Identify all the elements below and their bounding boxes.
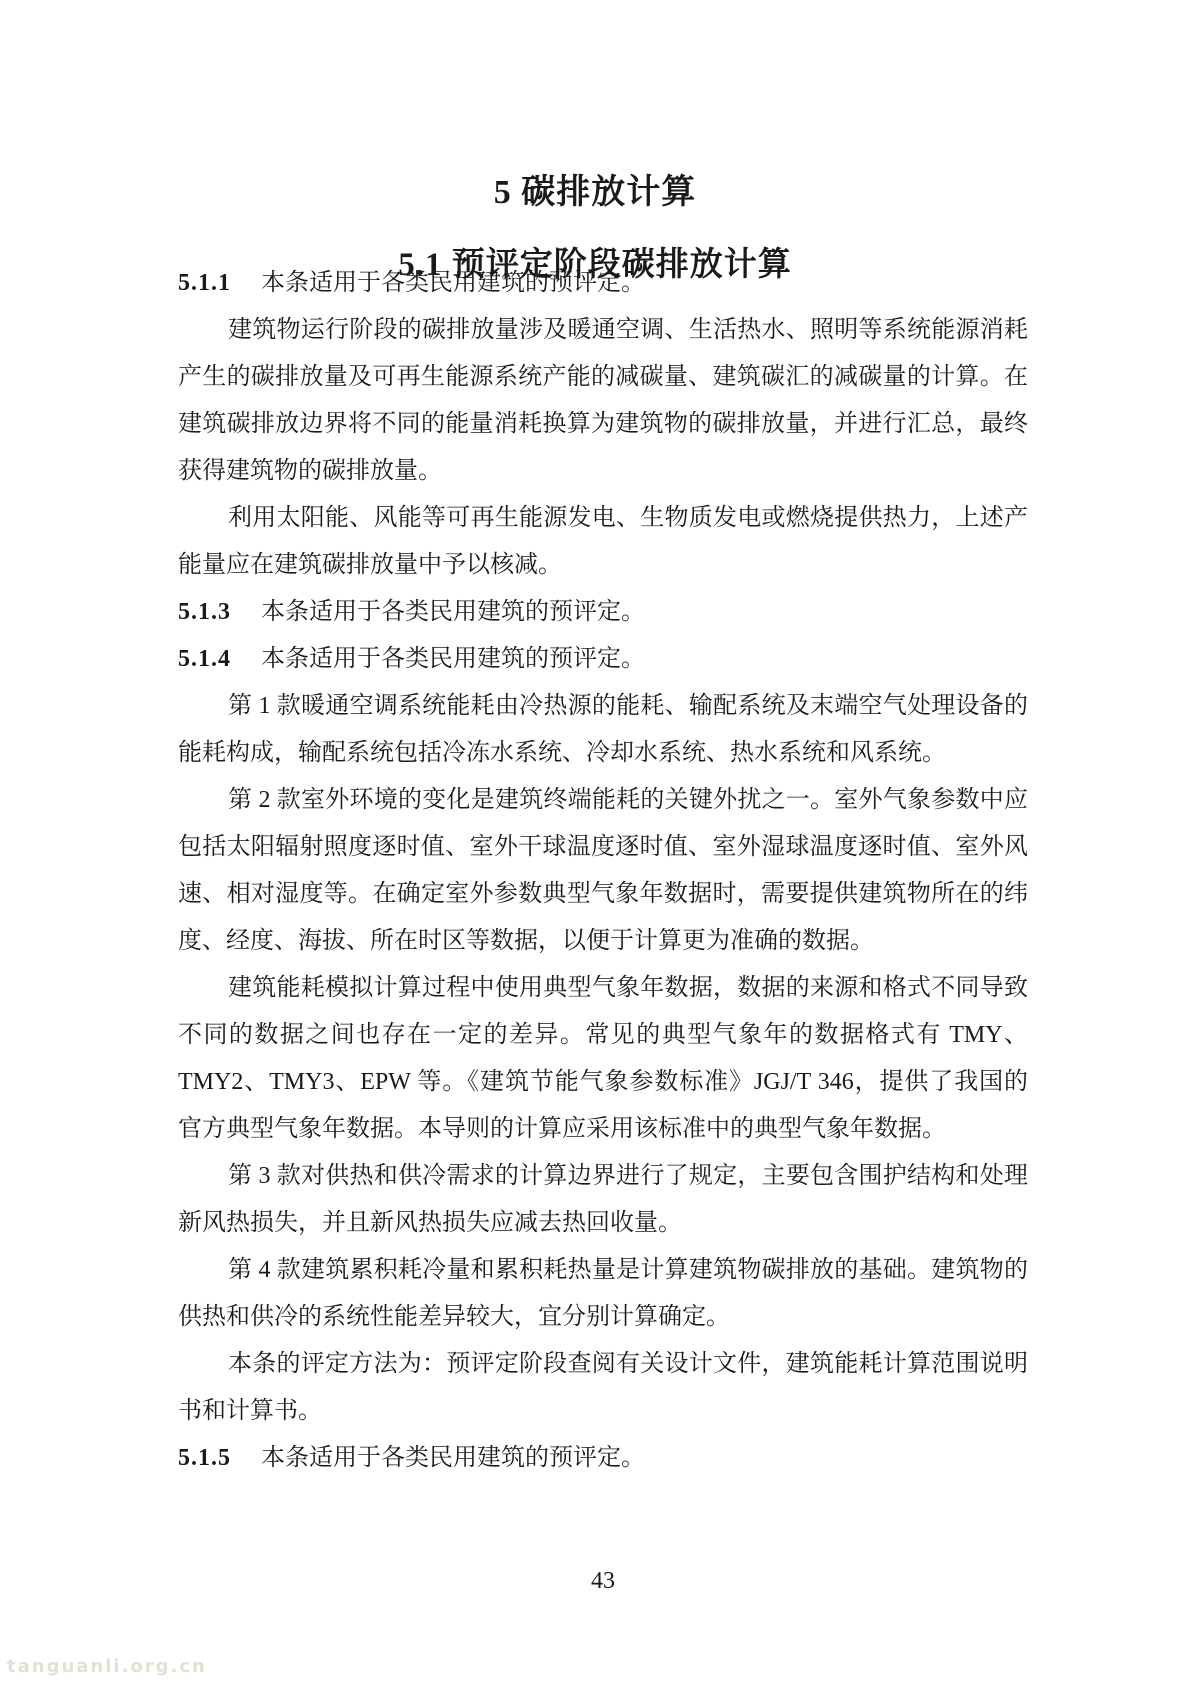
line-text: 书和计算书。 xyxy=(178,1398,322,1424)
text-line: 第 4 款建筑累积耗冷量和累积耗热量是计算建筑物碳排放的基础。建筑物的 xyxy=(178,1247,1028,1294)
line-text: 官方典型气象年数据。本导则的计算应采用该标准中的典型气象年数据。 xyxy=(178,1116,946,1142)
text-line: 产生的碳排放量及可再生能源系统产能的减碳量、建筑碳汇的减碳量的计算。在 xyxy=(178,354,1028,401)
text-line: 5.1.1 本条适用于各类民用建筑的预评定。 xyxy=(178,260,1028,307)
line-text: 本条适用于各类民用建筑的预评定。 xyxy=(261,599,645,625)
text-line: 5.1.4 本条适用于各类民用建筑的预评定。 xyxy=(178,636,1028,683)
text-line: 度、经度、海拔、所在时区等数据，以便于计算更为准确的数据。 xyxy=(178,918,1028,965)
watermark: tanguanli.org.cn xyxy=(7,1656,207,1677)
line-text: 能耗构成，输配系统包括冷冻水系统、冷却水系统、热水系统和风系统。 xyxy=(178,740,946,766)
clause-number: 5.1.5 xyxy=(178,1445,231,1471)
line-text: 第 2 款室外环境的变化是建筑终端能耗的关键外扰之一。室外气象参数中应 xyxy=(228,787,1028,813)
text-line: 5.1.5 本条适用于各类民用建筑的预评定。 xyxy=(178,1435,1028,1482)
clause-number: 5.1.3 xyxy=(178,599,231,625)
text-line: 第 2 款室外环境的变化是建筑终端能耗的关键外扰之一。室外气象参数中应 xyxy=(178,777,1028,824)
clause-number: 5.1.1 xyxy=(178,270,231,296)
line-text: 不同的数据之间也存在一定的差异。常见的典型气象年的数据格式有 TMY、 xyxy=(178,1022,1028,1048)
text-line: 利用太阳能、风能等可再生能源发电、生物质发电或燃烧提供热力，上述产 xyxy=(178,495,1028,542)
line-text: 建筑能耗模拟计算过程中使用典型气象年数据，数据的来源和格式不同导致 xyxy=(228,975,1028,1001)
line-text: 建筑物运行阶段的碳排放量涉及暖通空调、生活热水、照明等系统能源消耗 xyxy=(228,317,1028,343)
line-text: 第 4 款建筑累积耗冷量和累积耗热量是计算建筑物碳排放的基础。建筑物的 xyxy=(228,1257,1028,1283)
text-line: 第 1 款暖通空调系统能耗由冷热源的能耗、输配系统及末端空气处理设备的 xyxy=(178,683,1028,730)
line-text: 新风热损失，并且新风热损失应减去热回收量。 xyxy=(178,1210,682,1236)
text-line: 书和计算书。 xyxy=(178,1388,1028,1435)
line-text: 包括太阳辐射照度逐时值、室外干球温度逐时值、室外湿球温度逐时值、室外风 xyxy=(178,834,1028,860)
line-text: 利用太阳能、风能等可再生能源发电、生物质发电或燃烧提供热力，上述产 xyxy=(228,505,1028,531)
clause-number: 5.1.4 xyxy=(178,646,231,672)
text-line: 建筑物运行阶段的碳排放量涉及暖通空调、生活热水、照明等系统能源消耗 xyxy=(178,307,1028,354)
page-number: 43 xyxy=(178,1566,1028,1596)
line-text: 供热和供冷的系统性能差异较大，宜分别计算确定。 xyxy=(178,1304,730,1330)
text-line: 包括太阳辐射照度逐时值、室外干球温度逐时值、室外湿球温度逐时值、室外风 xyxy=(178,824,1028,871)
line-text: 本条适用于各类民用建筑的预评定。 xyxy=(261,270,645,296)
text-line: TMY2、TMY3、EPW 等。《建筑节能气象参数标准》JGJ/T 346，提供… xyxy=(178,1059,1028,1106)
line-text: 第 3 款对供热和供冷需求的计算边界进行了规定，主要包含围护结构和处理 xyxy=(228,1163,1028,1189)
text-line: 速、相对湿度等。在确定室外参数典型气象年数据时，需要提供建筑物所在的纬 xyxy=(178,871,1028,918)
text-line: 建筑碳排放边界将不同的能量消耗换算为建筑物的碳排放量，并进行汇总，最终 xyxy=(178,401,1028,448)
text-line: 第 3 款对供热和供冷需求的计算边界进行了规定，主要包含围护结构和处理 xyxy=(178,1153,1028,1200)
chapter-title: 5 碳排放计算 xyxy=(0,171,1190,215)
text-line: 新风热损失，并且新风热损失应减去热回收量。 xyxy=(178,1200,1028,1247)
line-text: 产生的碳排放量及可再生能源系统产能的减碳量、建筑碳汇的减碳量的计算。在 xyxy=(178,364,1028,390)
line-text: 本条的评定方法为：预评定阶段查阅有关设计文件，建筑能耗计算范围说明 xyxy=(228,1351,1028,1377)
text-line: 本条的评定方法为：预评定阶段查阅有关设计文件，建筑能耗计算范围说明 xyxy=(178,1341,1028,1388)
line-text: TMY2、TMY3、EPW 等。《建筑节能气象参数标准》JGJ/T 346，提供… xyxy=(178,1069,1028,1095)
line-text: 本条适用于各类民用建筑的预评定。 xyxy=(261,646,645,672)
commentary-body: 5.1.1 本条适用于各类民用建筑的预评定。 建筑物运行阶段的碳排放量涉及暖通空… xyxy=(178,260,1028,1482)
line-text: 获得建筑物的碳排放量。 xyxy=(178,458,442,484)
document-page: 5 碳排放计算 5.1 预评定阶段碳排放计算 5.1.1 本条适用于各类民用建筑… xyxy=(0,0,1190,1683)
text-line: 建筑能耗模拟计算过程中使用典型气象年数据，数据的来源和格式不同导致 xyxy=(178,965,1028,1012)
line-text: 速、相对湿度等。在确定室外参数典型气象年数据时，需要提供建筑物所在的纬 xyxy=(178,881,1028,907)
text-line: 官方典型气象年数据。本导则的计算应采用该标准中的典型气象年数据。 xyxy=(178,1106,1028,1153)
text-line: 能量应在建筑碳排放量中予以核减。 xyxy=(178,542,1028,589)
text-line: 5.1.3 本条适用于各类民用建筑的预评定。 xyxy=(178,589,1028,636)
text-line: 供热和供冷的系统性能差异较大，宜分别计算确定。 xyxy=(178,1294,1028,1341)
line-text: 能量应在建筑碳排放量中予以核减。 xyxy=(178,552,562,578)
text-line: 获得建筑物的碳排放量。 xyxy=(178,448,1028,495)
line-text: 本条适用于各类民用建筑的预评定。 xyxy=(261,1445,645,1471)
line-text: 第 1 款暖通空调系统能耗由冷热源的能耗、输配系统及末端空气处理设备的 xyxy=(228,693,1028,719)
line-text: 建筑碳排放边界将不同的能量消耗换算为建筑物的碳排放量，并进行汇总，最终 xyxy=(178,411,1028,437)
text-line: 不同的数据之间也存在一定的差异。常见的典型气象年的数据格式有 TMY、 xyxy=(178,1012,1028,1059)
line-text: 度、经度、海拔、所在时区等数据，以便于计算更为准确的数据。 xyxy=(178,928,874,954)
text-line: 能耗构成，输配系统包括冷冻水系统、冷却水系统、热水系统和风系统。 xyxy=(178,730,1028,777)
